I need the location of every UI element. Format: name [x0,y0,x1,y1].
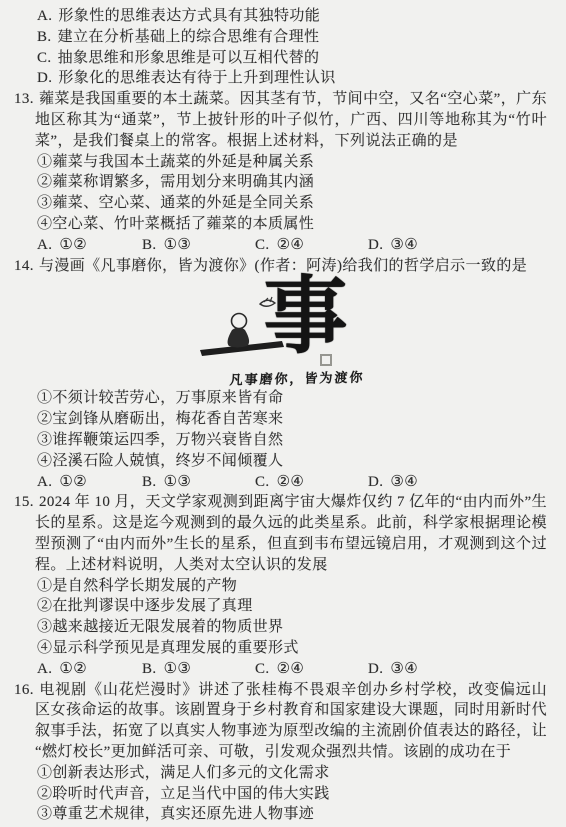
choice-b: B.①③ [142,659,255,680]
statement-line: ②在批判谬误中逐步发展了真理 [14,596,547,617]
option-text: 形象化的思维表达有待于上升到理性认识 [58,70,335,86]
choice-value: ①② [59,474,87,490]
question-number: 14. [14,258,34,274]
question-stem-text: 电视剧《山花烂漫时》讲述了张桂梅不畏艰辛创办乡村学校，改变偏远山区女孩命运的故事… [35,682,547,760]
choice-label: B. [142,661,157,677]
calligraphy-character: 事 [264,270,348,366]
choice-label: D. [368,237,383,253]
choice-label: D. [368,474,383,490]
choice-label: A. [37,237,52,253]
exam-page: A.形象性的思维表达方式具有其独特功能 B.建立在分析基础上的综合思维有合理性 … [0,0,566,825]
option-text: 建立在分析基础上的综合思维有合理性 [58,29,320,45]
choice-b: B.①③ [142,472,255,493]
statement-line: ①不须计较苦劳心，万事原来皆有命 [14,388,547,409]
statement-line: ③尊重艺术规律，真实还原先进人物事迹 [14,804,547,825]
question-number: 16. [14,682,34,698]
artist-seal-icon [320,354,332,366]
statement-line: ④空心菜、竹叶菜概括了蕹菜的本质属性 [14,214,547,235]
statement-line: ②聆听时代声音，立足当代中国的伟大实践 [14,784,547,805]
choices-row: A.①② B.①③ C.②④ D.③④ [14,235,547,256]
statement-line: ③越来越接近无限发展着的物质世界 [14,617,547,638]
choice-b: B.①③ [142,235,255,256]
cartoon-image: 事 凡事磨你，皆为渡你 [202,280,392,388]
choice-label: C. [255,237,270,253]
choice-value: ①② [59,661,87,677]
choice-d: D.③④ [368,472,418,493]
statement-line: ③蕹菜、空心菜、通菜的外延是全同关系 [14,193,547,214]
question-stem: 13.蕹菜是我国重要的本土蔬菜。因其茎有节，节间中空，又名“空心菜”，广东地区称… [14,89,547,151]
choice-c: C.②④ [255,235,368,256]
choice-label: B. [142,474,157,490]
statement-line: ④显示科学预见是真理发展的重要形式 [14,638,547,659]
choice-c: C.②④ [255,472,368,493]
choice-value: ③④ [390,474,418,490]
choice-label: B. [142,237,157,253]
question-14: 14.与漫画《凡事磨你，皆为渡你》(作者：阿涛)给我们的哲学启示一致的是 事 [14,256,547,493]
question-number: 15. [14,494,34,510]
choice-c: C.②④ [255,659,368,680]
option-text: 形象性的思维表达方式具有其独特功能 [58,8,320,24]
question-15: 15.2024 年 10 月，天文学家观测到距离宇宙大爆炸仅约 7 亿年的“由内… [14,492,547,679]
answer-option-line: D.形象化的思维表达有待于上升到理性认识 [14,68,547,89]
choice-value: ①③ [164,474,192,490]
answer-option-line: A.形象性的思维表达方式具有其独特功能 [14,6,547,27]
question-stem-text: 蕹菜是我国重要的本土蔬菜。因其茎有节，节间中空，又名“空心菜”，广东地区称其为“… [35,91,547,149]
question-stem: 15.2024 年 10 月，天文学家观测到距离宇宙大爆炸仅约 7 亿年的“由内… [14,492,547,575]
choice-value: ③④ [390,661,418,677]
choice-value: ①② [59,237,87,253]
choice-value: ②④ [277,661,305,677]
option-text: 抽象思维和形象思维是可以互相代替的 [58,50,320,66]
choice-label: C. [255,661,270,677]
option-label: A. [37,8,52,24]
option-label: B. [37,29,52,45]
question-16: 16.电视剧《山花烂漫时》讲述了张桂梅不畏艰辛创办乡村学校，改变偏远山区女孩命运… [14,680,547,826]
answer-option-line: B.建立在分析基础上的综合思维有合理性 [14,27,547,48]
question-stem: 16.电视剧《山花烂漫时》讲述了张桂梅不畏艰辛创办乡村学校，改变偏远山区女孩命运… [14,680,547,763]
choice-label: C. [255,474,270,490]
choice-value: ③④ [390,237,418,253]
choice-value: ①③ [164,237,192,253]
statement-line: ①蕹菜与我国本土蔬菜的外延是种属关系 [14,152,547,173]
statement-line: ②宝剑锋从磨砺出，梅花香自苦寒来 [14,409,547,430]
choice-label: A. [37,474,52,490]
choices-row: A.①② B.①③ C.②④ D.③④ [14,472,547,493]
question-stem-text: 2024 年 10 月，天文学家观测到距离宇宙大爆炸仅约 7 亿年的“由内而外”… [35,494,547,572]
choice-d: D.③④ [368,659,418,680]
statement-line: ②蕹菜称谓繁多，需用划分来明确其内涵 [14,172,547,193]
choice-a: A.①② [37,235,142,256]
statement-line: ③谁挥鞭策运四季，万物兴衰皆自然 [14,430,547,451]
choice-a: A.①② [37,472,142,493]
question-13: 13.蕹菜是我国重要的本土蔬菜。因其茎有节，节间中空，又名“空心菜”，广东地区称… [14,89,547,255]
choice-value: ②④ [277,474,305,490]
previous-question-options: A.形象性的思维表达方式具有其独特功能 B.建立在分析基础上的综合思维有合理性 … [14,6,547,89]
option-label: D. [37,70,52,86]
choice-label: D. [368,661,383,677]
choice-value: ①③ [164,661,192,677]
choice-a: A.①② [37,659,142,680]
cartoon-canvas: 事 [202,280,392,368]
statement-line: ①是自然科学长期发展的产物 [14,576,547,597]
choice-label: A. [37,661,52,677]
answer-option-line: C.抽象思维和形象思维是可以互相代替的 [14,48,547,69]
statement-line: ①创新表达形式，满足人们多元的文化需求 [14,763,547,784]
question-number: 13. [14,91,34,107]
statement-line: ④泾溪石险人兢慎，终岁不闻倾覆人 [14,451,547,472]
choice-d: D.③④ [368,235,418,256]
option-label: C. [37,50,52,66]
choice-value: ②④ [277,237,305,253]
choices-row: A.①② B.①③ C.②④ D.③④ [14,659,547,680]
